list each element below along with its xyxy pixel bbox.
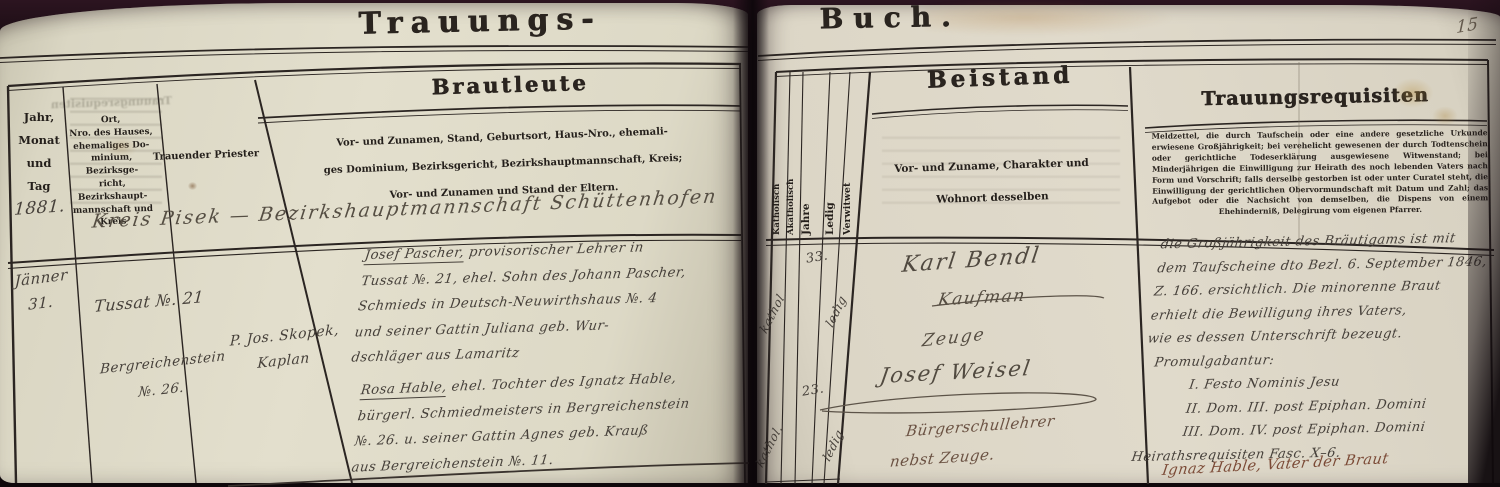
- right-page-title: Buch.: [800, 0, 981, 36]
- column-header-ledig: Ledig: [824, 188, 841, 235]
- text-line: Monat: [10, 129, 68, 152]
- left-page-title: Trauungs-: [310, 0, 651, 42]
- groom-name: Josef Pascher,: [364, 245, 466, 265]
- entry-bride: Rosa Hable, ehel. Tochter des Ignatz Hab…: [350, 363, 750, 480]
- bride-name: Rosa Hable,: [360, 380, 448, 400]
- bride-more-lines: bürgerl. Schmiedmeisters in Bergreichens…: [350, 389, 747, 481]
- paper-stain: [104, 136, 138, 158]
- paper-stain: [188, 182, 197, 190]
- paper-stain: [1432, 106, 1458, 126]
- text-line: Tag: [10, 175, 68, 198]
- column-header-katholisch: Katholisch: [772, 163, 787, 235]
- entry-groom: Josef Pascher, provisorischer Lehrer in …: [350, 232, 752, 371]
- beistand-description: Vor- und Zuname, Charakter undWohnort de…: [861, 146, 1123, 218]
- column-header-date: Jahr,MonatundTag: [10, 106, 68, 198]
- requisiten-entry: die Großjährigkeit des Bräutigams ist mi…: [1130, 226, 1500, 469]
- marriage-register-scan: Trauungsrequisiten: [0, 0, 1500, 487]
- column-header-jahre: Jahre: [800, 185, 822, 235]
- text-line: Jahr,: [10, 106, 68, 129]
- groom-more-lines: Tussat №. 21, ehel. Sohn des Johann Pasc…: [350, 258, 749, 371]
- page-edge-shadow: [1468, 0, 1500, 487]
- requisiten-description: Meldzettel, die durch Taufschein oder ei…: [1152, 128, 1489, 219]
- column-header-verwitwet: Verwitwet: [842, 164, 861, 235]
- paper-stain: [1392, 78, 1434, 108]
- column-header-akatholisch: Akatholisch: [786, 163, 801, 235]
- book-gutter-shadow: [733, 0, 769, 487]
- entry-date: Jänner31.: [10, 262, 72, 320]
- text-line: und: [10, 152, 68, 175]
- text-line: richt, Bezirkshaupt-: [64, 177, 161, 205]
- entry-year: 1881.: [13, 196, 65, 220]
- paper-crease: [1298, 62, 1300, 242]
